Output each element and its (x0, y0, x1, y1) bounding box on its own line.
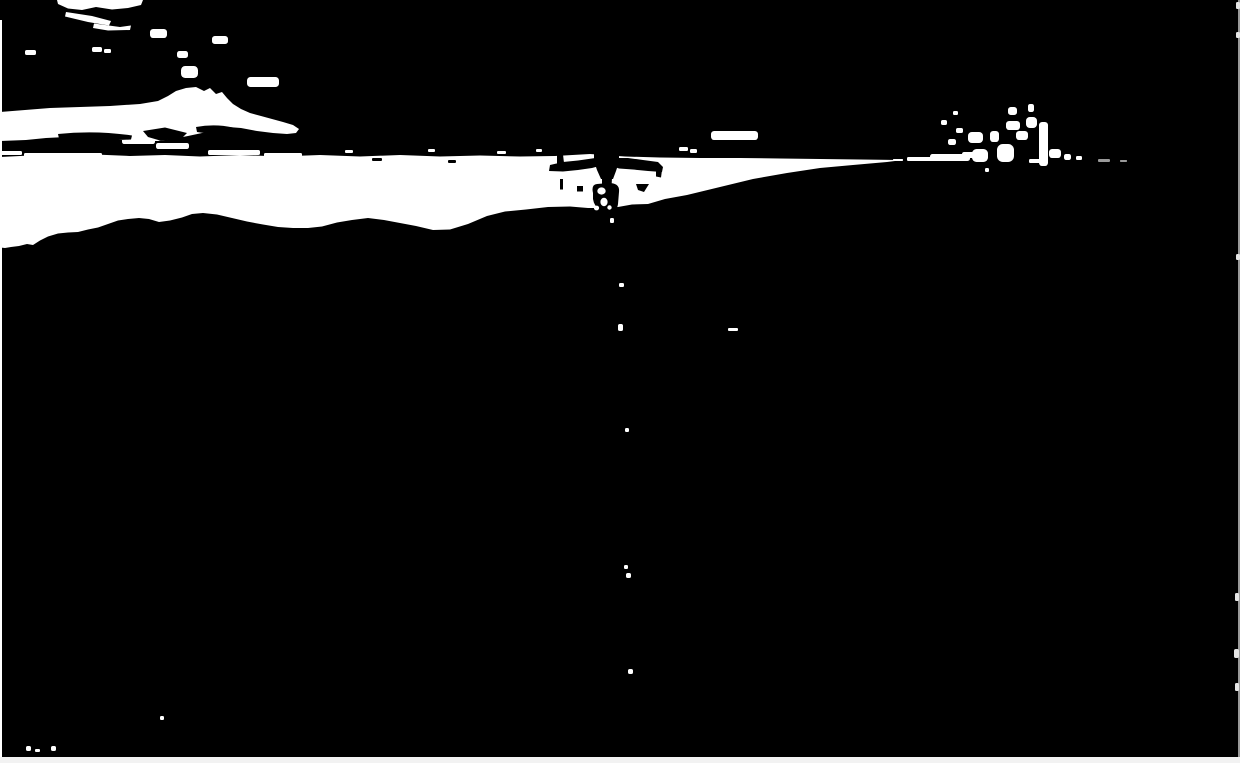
spot (497, 151, 506, 154)
spot (181, 66, 198, 78)
spot (985, 168, 989, 172)
spot (51, 746, 56, 751)
spot (711, 131, 758, 140)
cloud-bank-shadow (196, 125, 233, 133)
spot (953, 111, 958, 115)
spot (92, 47, 102, 52)
spot (626, 573, 631, 578)
highlight-dot (607, 205, 611, 209)
spot (1006, 121, 1020, 130)
spot (448, 160, 456, 163)
highlight-dot (597, 187, 605, 194)
spot (972, 149, 988, 162)
spot (997, 144, 1014, 162)
spot (1049, 149, 1061, 158)
spot (35, 749, 40, 752)
spot (941, 120, 947, 125)
spot (150, 29, 167, 38)
spot (1235, 683, 1239, 691)
spot (25, 50, 36, 55)
spot (24, 153, 102, 157)
spot (264, 153, 302, 157)
scene-canvas (0, 0, 1240, 763)
spot (104, 49, 111, 53)
spot (610, 218, 614, 223)
spot (1008, 107, 1017, 115)
highlight-dot (594, 206, 599, 211)
spot (1236, 2, 1240, 9)
spot (1098, 159, 1110, 162)
spot (956, 128, 963, 133)
spot (893, 159, 903, 161)
spot (619, 283, 624, 287)
spot (618, 324, 623, 331)
spot (1064, 154, 1071, 160)
spot (1026, 117, 1037, 128)
spot (208, 150, 260, 155)
spot (1234, 649, 1239, 658)
spot (1236, 254, 1240, 260)
spot (156, 143, 189, 149)
spot (247, 77, 279, 87)
spot (1029, 159, 1041, 163)
spot (372, 158, 382, 161)
spot (990, 131, 999, 142)
spot (728, 328, 738, 331)
spot (628, 669, 633, 674)
spot (1016, 131, 1028, 140)
spot (1028, 104, 1034, 112)
spot (679, 147, 688, 151)
spot (26, 746, 31, 751)
spot (624, 565, 628, 569)
spot (177, 51, 188, 58)
spot (968, 132, 983, 143)
highlight-dot (600, 198, 607, 206)
spot (536, 149, 542, 152)
spot (1120, 160, 1127, 162)
spot (0, 151, 22, 155)
binarized-photo-figure (0, 0, 1240, 763)
frame-border-bottom (0, 757, 1240, 763)
spot (690, 149, 697, 153)
spot (625, 428, 629, 432)
spot (1235, 593, 1239, 601)
frame-border-left (0, 20, 2, 763)
spot (428, 149, 435, 152)
spot (345, 150, 353, 153)
spot (160, 716, 164, 720)
spot (212, 36, 228, 44)
spot (948, 139, 956, 145)
spot (1236, 32, 1240, 38)
spot (1076, 156, 1082, 160)
